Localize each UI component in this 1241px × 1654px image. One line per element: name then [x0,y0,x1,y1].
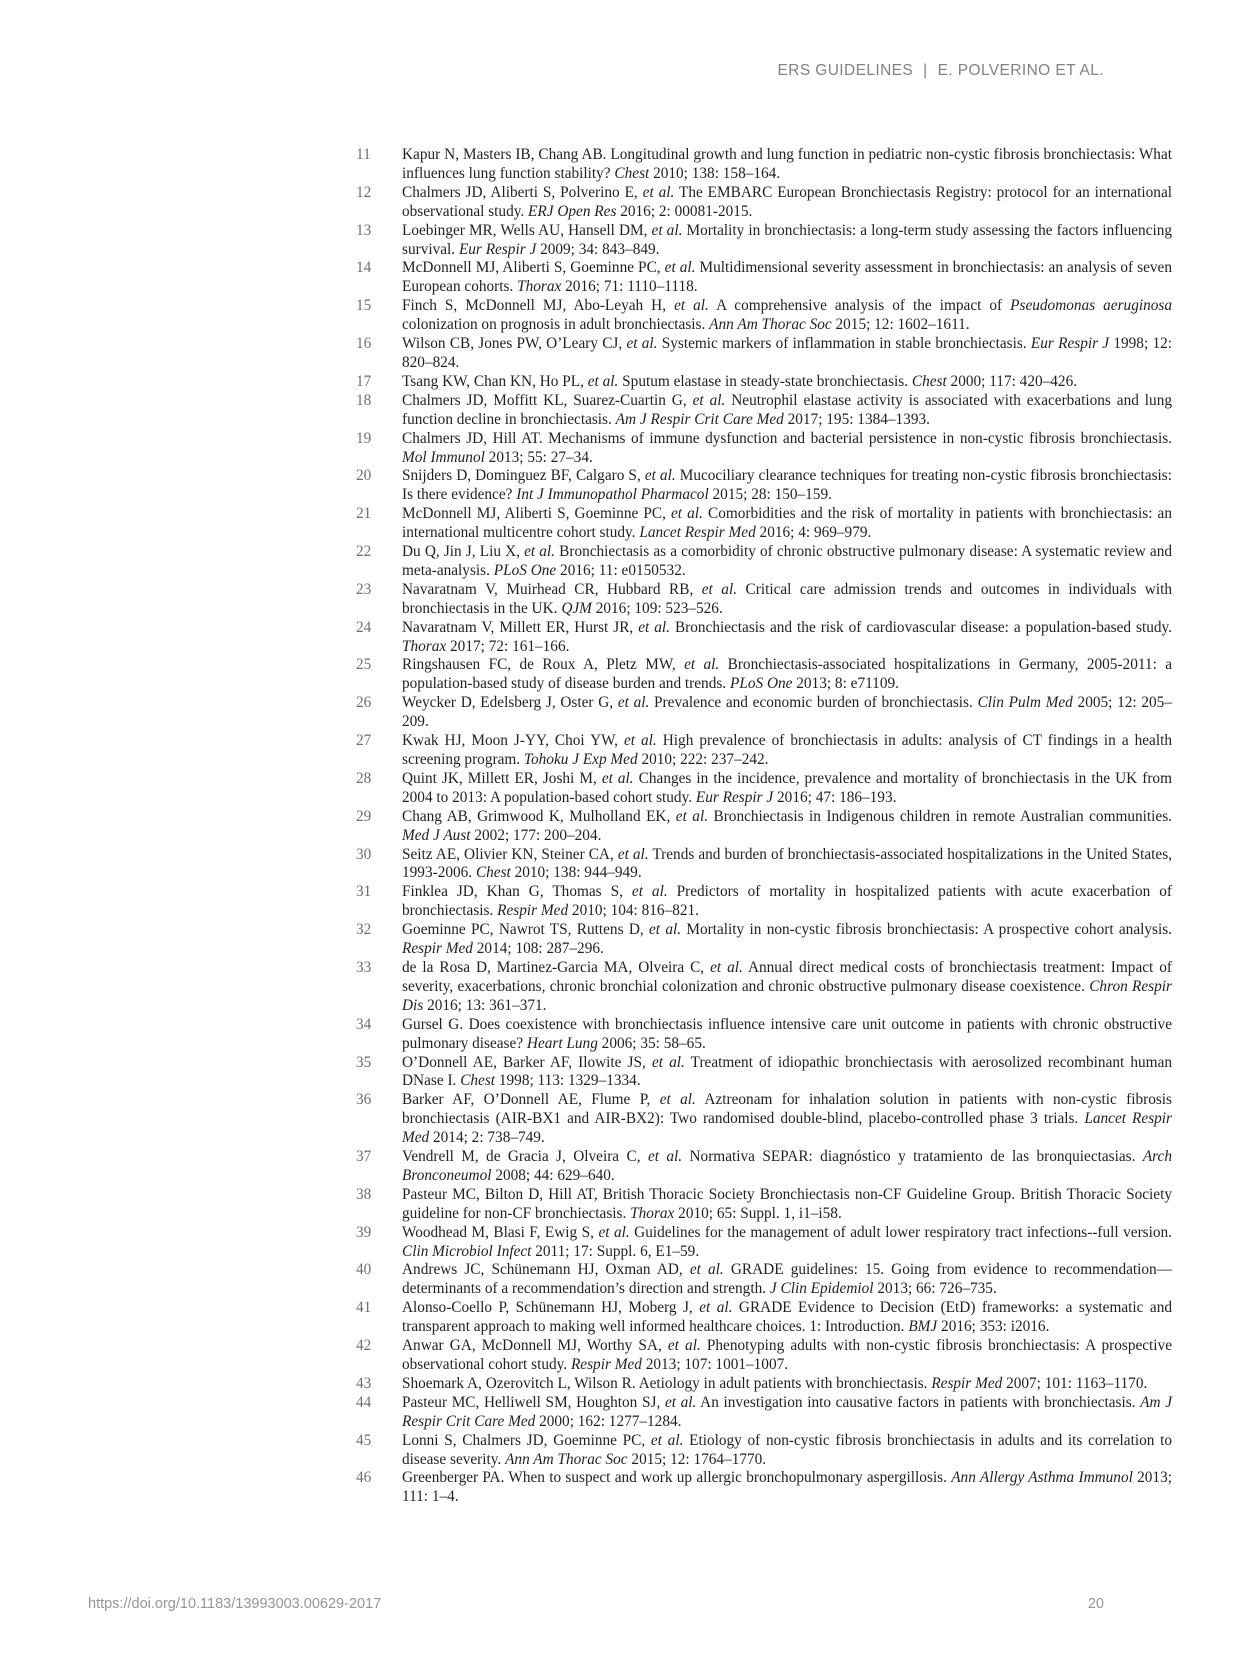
reference-item: 41 Alonso-Coello P, Schünemann HJ, Mober… [356,1299,1172,1337]
italic-citation-part: et al. [665,259,696,276]
citation-part: 2013; 66: 726–735. [874,1280,997,1297]
reference-number: 18 [356,392,402,411]
citation-part: McDonnell MJ, Aliberti S, Goeminne PC, [402,259,665,276]
reference-number: 32 [356,921,402,940]
italic-citation-part: Thorax [630,1205,674,1222]
reference-number: 27 [356,732,402,751]
citation-part: 1998; 113: 1329–1334. [495,1072,641,1089]
italic-citation-part: Chest [614,165,649,182]
italic-citation-part: et al. [651,1432,683,1449]
reference-text: Alonso-Coello P, Schünemann HJ, Moberg J… [402,1299,1172,1337]
italic-citation-part: Eur Respir J [1031,335,1109,352]
reference-number: 24 [356,619,402,638]
italic-citation-part: et al. [710,959,743,976]
italic-citation-part: Clin Pulm Med [978,694,1073,711]
page-footer: https://doi.org/10.1183/13993003.00629-2… [88,1596,1104,1612]
reference-text: Gursel G. Does coexistence with bronchie… [402,1016,1172,1054]
reference-item: 28 Quint JK, Millett ER, Joshi M, et al.… [356,770,1172,808]
italic-citation-part: Med J Aust [402,827,471,844]
reference-text: Goeminne PC, Nawrot TS, Ruttens D, et al… [402,921,1172,959]
doi-link[interactable]: https://doi.org/10.1183/13993003.00629-2… [88,1596,381,1612]
citation-part: Bronchiectasis in Indigenous children in… [708,808,1172,825]
reference-text: Finklea JD, Khan G, Thomas S, et al. Pre… [402,883,1172,921]
citation-part: Kapur N, Masters IB, Chang AB. Longitudi… [402,146,1172,182]
reference-text: Barker AF, O’Donnell AE, Flume P, et al.… [402,1091,1172,1148]
citation-part: Barker AF, O’Donnell AE, Flume P, [402,1091,660,1108]
reference-item: 16 Wilson CB, Jones PW, O’Leary CJ, et a… [356,335,1172,373]
reference-text: Pasteur MC, Bilton D, Hill AT, British T… [402,1186,1172,1224]
reference-number: 15 [356,297,402,316]
reference-text: McDonnell MJ, Aliberti S, Goeminne PC, e… [402,505,1172,543]
reference-number: 39 [356,1224,402,1243]
italic-citation-part: QJM [561,600,592,617]
reference-number: 38 [356,1186,402,1205]
italic-citation-part: Thorax [402,638,446,655]
reference-text: Loebinger MR, Wells AU, Hansell DM, et a… [402,222,1172,260]
journal-section: ERS GUIDELINES [777,62,913,79]
header-authors: E. POLVERINO ET AL. [938,62,1104,79]
reference-number: 44 [356,1394,402,1413]
reference-item: 30 Seitz AE, Olivier KN, Steiner CA, et … [356,846,1172,884]
italic-citation-part: et al. [684,656,719,673]
citation-part: Navaratnam V, Millett ER, Hurst JR, [402,619,638,636]
citation-part: 2016; 353: i2016. [937,1318,1049,1335]
citation-part: Gursel G. Does coexistence with bronchie… [402,1016,1172,1052]
citation-part: 2010; 65: Suppl. 1, i1–i58. [674,1205,841,1222]
italic-citation-part: et al. [638,619,670,636]
citation-part: Normativa SEPAR: diagnóstico y tratamien… [682,1148,1143,1165]
citation-part: 2000; 117: 420–426. [947,373,1077,390]
reference-text: Kapur N, Masters IB, Chang AB. Longitudi… [402,146,1172,184]
reference-text: Wilson CB, Jones PW, O’Leary CJ, et al. … [402,335,1172,373]
reference-number: 45 [356,1432,402,1451]
citation-part: Greenberger PA. When to suspect and work… [402,1469,951,1486]
reference-number: 26 [356,694,402,713]
reference-number: 13 [356,222,402,241]
citation-part: Alonso-Coello P, Schünemann HJ, Moberg J… [402,1299,699,1316]
italic-citation-part: et al. [649,921,681,938]
italic-citation-part: Chest [460,1072,495,1089]
citation-part: 2014; 2: 738–749. [429,1129,545,1146]
reference-number: 16 [356,335,402,354]
italic-citation-part: et al. [588,373,619,390]
italic-citation-part: PLoS One [494,562,556,579]
reference-item: 24 Navaratnam V, Millett ER, Hurst JR, e… [356,619,1172,657]
reference-number: 21 [356,505,402,524]
reference-item: 23 Navaratnam V, Muirhead CR, Hubbard RB… [356,581,1172,619]
citation-part: 2015; 12: 1764–1770. [628,1451,767,1468]
citation-part: 2016; 47: 186–193. [773,789,896,806]
citation-part: Ringshausen FC, de Roux A, Pletz MW, [402,656,684,673]
reference-text: de la Rosa D, Martinez-Garcia MA, Olveir… [402,959,1172,1016]
reference-text: Woodhead M, Blasi F, Ewig S, et al. Guid… [402,1224,1172,1262]
reference-item: 20 Snijders D, Dominguez BF, Calgaro S, … [356,467,1172,505]
citation-part: A comprehensive analysis of the impact o… [709,297,1010,314]
italic-citation-part: et al. [660,1091,696,1108]
reference-item: 25 Ringshausen FC, de Roux A, Pletz MW, … [356,656,1172,694]
reference-item: 27 Kwak HJ, Moon J-YY, Choi YW, et al. H… [356,732,1172,770]
italic-citation-part: Respir Med [931,1375,1002,1392]
reference-item: 32 Goeminne PC, Nawrot TS, Ruttens D, et… [356,921,1172,959]
citation-part: de la Rosa D, Martinez-Garcia MA, Olveir… [402,959,710,976]
citation-part: Woodhead M, Blasi F, Ewig S, [402,1224,598,1241]
italic-citation-part: et al. [665,1394,696,1411]
citation-part: 2016; 13: 361–371. [423,997,546,1014]
reference-item: 22 Du Q, Jin J, Liu X, et al. Bronchiect… [356,543,1172,581]
reference-text: O’Donnell AE, Barker AF, Ilowite JS, et … [402,1054,1172,1092]
reference-text: Pasteur MC, Helliwell SM, Houghton SJ, e… [402,1394,1172,1432]
reference-number: 20 [356,467,402,486]
citation-part: 2006; 35: 58–65. [598,1035,706,1052]
citation-part: Du Q, Jin J, Liu X, [402,543,524,560]
citation-part: Chalmers JD, Hill AT. Mechanisms of immu… [402,430,1172,447]
reference-text: Navaratnam V, Muirhead CR, Hubbard RB, e… [402,581,1172,619]
citation-part: Navaratnam V, Muirhead CR, Hubbard RB, [402,581,702,598]
reference-item: 40 Andrews JC, Schünemann HJ, Oxman AD, … [356,1261,1172,1299]
citation-part: Chang AB, Grimwood K, Mulholland EK, [402,808,676,825]
reference-number: 22 [356,543,402,562]
italic-citation-part: Respir Med [497,902,568,919]
reference-number: 34 [356,1016,402,1035]
citation-part: O’Donnell AE, Barker AF, Ilowite JS, [402,1054,652,1071]
citation-part: Finch S, McDonnell MJ, Abo-Leyah H, [402,297,674,314]
italic-citation-part: et al. [690,1261,724,1278]
reference-number: 36 [356,1091,402,1110]
citation-part: 2010; 138: 158–164. [649,165,780,182]
reference-item: 17 Tsang KW, Chan KN, Ho PL, et al. Sput… [356,373,1172,392]
italic-citation-part: et al. [524,543,555,560]
italic-citation-part: Ann Am Thorac Soc [709,316,832,333]
citation-part: Systemic markers of inflammation in stab… [657,335,1030,352]
italic-citation-part: et al. [702,581,737,598]
citation-part: Andrews JC, Schünemann HJ, Oxman AD, [402,1261,690,1278]
reference-item: 14 McDonnell MJ, Aliberti S, Goeminne PC… [356,259,1172,297]
citation-part: 2016; 4: 969–979. [756,524,872,541]
citation-part: 2007; 101: 1163–1170. [1002,1375,1147,1392]
citation-part: Pasteur MC, Helliwell SM, Houghton SJ, [402,1394,665,1411]
italic-citation-part: et al. [598,1224,629,1241]
citation-part: Prevalence and economic burden of bronch… [649,694,977,711]
reference-item: 33 de la Rosa D, Martinez-Garcia MA, Olv… [356,959,1172,1016]
running-head: ERS GUIDELINES|E. POLVERINO ET AL. [777,62,1104,80]
reference-item: 45 Lonni S, Chalmers JD, Goeminne PC, et… [356,1432,1172,1470]
reference-item: 38 Pasteur MC, Bilton D, Hill AT, Britis… [356,1186,1172,1224]
citation-part: Sputum elastase in steady-state bronchie… [618,373,912,390]
reference-number: 14 [356,259,402,278]
reference-text: Anwar GA, McDonnell MJ, Worthy SA, et al… [402,1337,1172,1375]
italic-citation-part: et al. [602,770,634,787]
reference-text: Weycker D, Edelsberg J, Oster G, et al. … [402,694,1172,732]
citation-part: An investigation into causative factors … [696,1394,1140,1411]
reference-number: 43 [356,1375,402,1394]
reference-number: 23 [356,581,402,600]
italic-citation-part: PLoS One [730,675,792,692]
citation-part: 2010; 138: 944–949. [511,864,642,881]
citation-part: 2017; 72: 161–166. [446,638,569,655]
reference-number: 41 [356,1299,402,1318]
italic-citation-part: et al. [699,1299,732,1316]
citation-part: Goeminne PC, Nawrot TS, Ruttens D, [402,921,649,938]
reference-number: 25 [356,656,402,675]
reference-item: 31 Finklea JD, Khan G, Thomas S, et al. … [356,883,1172,921]
citation-part: 2013; 107: 1001–1007. [642,1356,788,1373]
reference-text: Du Q, Jin J, Liu X, et al. Bronchiectasi… [402,543,1172,581]
italic-citation-part: et al. [624,732,657,749]
citation-part: colonization on prognosis in adult bronc… [402,316,709,333]
italic-citation-part: Am J Respir Crit Care Med [616,411,784,428]
citation-part: 2000; 162: 1277–1284. [535,1413,681,1430]
citation-part: 2010; 222: 237–242. [638,751,769,768]
italic-citation-part: Ann Allergy Asthma Immunol [951,1469,1133,1486]
reference-text: Andrews JC, Schünemann HJ, Oxman AD, et … [402,1261,1172,1299]
reference-item: 21 McDonnell MJ, Aliberti S, Goeminne PC… [356,505,1172,543]
reference-item: 37 Vendrell M, de Gracia J, Olveira C, e… [356,1148,1172,1186]
reference-item: 12 Chalmers JD, Aliberti S, Polverino E,… [356,184,1172,222]
reference-item: 44 Pasteur MC, Helliwell SM, Houghton SJ… [356,1394,1172,1432]
italic-citation-part: et al. [652,1054,685,1071]
reference-item: 19 Chalmers JD, Hill AT. Mechanisms of i… [356,430,1172,468]
reference-text: Seitz AE, Olivier KN, Steiner CA, et al.… [402,846,1172,884]
reference-text: Chalmers JD, Moffitt KL, Suarez-Cuartin … [402,392,1172,430]
citation-part: Kwak HJ, Moon J-YY, Choi YW, [402,732,624,749]
reference-item: 13 Loebinger MR, Wells AU, Hansell DM, e… [356,222,1172,260]
citation-part: 2016; 109: 523–526. [592,600,723,617]
reference-number: 29 [356,808,402,827]
citation-part: 2013; 55: 27–34. [485,449,593,466]
italic-citation-part: Respir Med [402,940,473,957]
italic-citation-part: Pseudomonas aeruginosa [1010,297,1172,314]
header-separator: | [923,62,927,79]
citation-part: 2008; 44: 629–640. [492,1167,615,1184]
citation-part: Loebinger MR, Wells AU, Hansell DM, [402,222,652,239]
reference-item: 35 O’Donnell AE, Barker AF, Ilowite JS, … [356,1054,1172,1092]
citation-part: 2011; 17: Suppl. 6, E1–59. [531,1243,699,1260]
citation-part: Chalmers JD, Moffitt KL, Suarez-Cuartin … [402,392,693,409]
citation-part: Quint JK, Millett ER, Joshi M, [402,770,602,787]
citation-part: 2016; 71: 1110–1118. [561,278,697,295]
italic-citation-part: BMJ [908,1318,937,1335]
reference-text: Chang AB, Grimwood K, Mulholland EK, et … [402,808,1172,846]
italic-citation-part: et al. [674,297,709,314]
reference-number: 42 [356,1337,402,1356]
reference-number: 40 [356,1261,402,1280]
citation-part: 2010; 104: 816–821. [568,902,699,919]
reference-text: Navaratnam V, Millett ER, Hurst JR, et a… [402,619,1172,657]
italic-citation-part: J Clin Epidemiol [770,1280,874,1297]
reference-text: Lonni S, Chalmers JD, Goeminne PC, et al… [402,1432,1172,1470]
reference-item: 36 Barker AF, O’Donnell AE, Flume P, et … [356,1091,1172,1148]
italic-citation-part: Heart Lung [527,1035,598,1052]
italic-citation-part: Tohoku J Exp Med [524,751,638,768]
italic-citation-part: Respir Med [571,1356,642,1373]
reference-item: 18 Chalmers JD, Moffitt KL, Suarez-Cuart… [356,392,1172,430]
italic-citation-part: Thorax [517,278,561,295]
reference-number: 35 [356,1054,402,1073]
reference-number: 46 [356,1469,402,1488]
reference-number: 28 [356,770,402,789]
italic-citation-part: Ann Am Thorac Soc [505,1451,628,1468]
page-number: 20 [1088,1596,1104,1612]
italic-citation-part: et al. [676,808,708,825]
reference-number: 33 [356,959,402,978]
reference-text: Quint JK, Millett ER, Joshi M, et al. Ch… [402,770,1172,808]
reference-item: 43 Shoemark A, Ozerovitch L, Wilson R. A… [356,1375,1172,1394]
italic-citation-part: et al. [645,467,676,484]
reference-item: 46 Greenberger PA. When to suspect and w… [356,1469,1172,1507]
citation-part: 2015; 12: 1602–1611. [832,316,970,333]
italic-citation-part: Eur Respir J [459,241,536,258]
reference-number: 31 [356,883,402,902]
citation-part: Wilson CB, Jones PW, O’Leary CJ, [402,335,626,352]
reference-item: 34 Gursel G. Does coexistence with bronc… [356,1016,1172,1054]
reference-list: 11 Kapur N, Masters IB, Chang AB. Longit… [356,146,1172,1507]
reference-number: 30 [356,846,402,865]
citation-part: Lonni S, Chalmers JD, Goeminne PC, [402,1432,651,1449]
italic-citation-part: Eur Respir J [696,789,773,806]
italic-citation-part: Chest [912,373,947,390]
citation-part: Shoemark A, Ozerovitch L, Wilson R. Aeti… [402,1375,931,1392]
citation-part: Anwar GA, McDonnell MJ, Worthy SA, [402,1337,668,1354]
citation-part: Vendrell M, de Gracia J, Olveira C, [402,1148,648,1165]
italic-citation-part: et al. [632,883,668,900]
reference-text: Ringshausen FC, de Roux A, Pletz MW, et … [402,656,1172,694]
reference-item: 42 Anwar GA, McDonnell MJ, Worthy SA, et… [356,1337,1172,1375]
reference-text: Chalmers JD, Aliberti S, Polverino E, et… [402,184,1172,222]
reference-number: 37 [356,1148,402,1167]
citation-part: Bronchiectasis and the risk of cardiovas… [670,619,1172,636]
citation-part: 2014; 108: 287–296. [473,940,604,957]
citation-part: 2015; 28: 150–159. [709,486,832,503]
italic-citation-part: et al. [693,392,726,409]
italic-citation-part: Clin Microbiol Infect [402,1243,531,1260]
reference-text: Snijders D, Dominguez BF, Calgaro S, et … [402,467,1172,505]
reference-number: 12 [356,184,402,203]
italic-citation-part: et al. [668,1337,701,1354]
reference-number: 19 [356,430,402,449]
reference-text: Chalmers JD, Hill AT. Mechanisms of immu… [402,430,1172,468]
reference-text: Kwak HJ, Moon J-YY, Choi YW, et al. High… [402,732,1172,770]
reference-item: 39 Woodhead M, Blasi F, Ewig S, et al. G… [356,1224,1172,1262]
italic-citation-part: Mol Immunol [402,449,485,466]
reference-number: 17 [356,373,402,392]
italic-citation-part: et al. [643,184,675,201]
reference-text: Shoemark A, Ozerovitch L, Wilson R. Aeti… [402,1375,1172,1394]
italic-citation-part: et al. [652,222,683,239]
citation-part: 2013; 8: e71109. [792,675,899,692]
citation-part: Guidelines for the management of adult l… [630,1224,1172,1241]
reference-text: Finch S, McDonnell MJ, Abo-Leyah H, et a… [402,297,1172,335]
reference-item: 15 Finch S, McDonnell MJ, Abo-Leyah H, e… [356,297,1172,335]
reference-item: 29 Chang AB, Grimwood K, Mulholland EK, … [356,808,1172,846]
italic-citation-part: et al. [618,846,649,863]
reference-text: Tsang KW, Chan KN, Ho PL, et al. Sputum … [402,373,1172,392]
italic-citation-part: Int J Immunopathol Pharmacol [516,486,708,503]
citation-part: Chalmers JD, Aliberti S, Polverino E, [402,184,643,201]
citation-part: Seitz AE, Olivier KN, Steiner CA, [402,846,618,863]
citation-part: Tsang KW, Chan KN, Ho PL, [402,373,588,390]
citation-part: McDonnell MJ, Aliberti S, Goeminne PC, [402,505,671,522]
italic-citation-part: et al. [618,694,649,711]
citation-part: Mortality in non-cystic fibrosis bronchi… [681,921,1172,938]
citation-part: 2016; 11: e0150532. [556,562,685,579]
citation-part: 2009; 34: 843–849. [536,241,659,258]
reference-item: 26 Weycker D, Edelsberg J, Oster G, et a… [356,694,1172,732]
citation-part: Snijders D, Dominguez BF, Calgaro S, [402,467,645,484]
citation-part: 2002; 177: 200–204. [471,827,602,844]
reference-number: 11 [356,146,402,165]
reference-text: Vendrell M, de Gracia J, Olveira C, et a… [402,1148,1172,1186]
citation-part: Finklea JD, Khan G, Thomas S, [402,883,632,900]
italic-citation-part: et al. [648,1148,682,1165]
italic-citation-part: Chest [476,864,511,881]
italic-citation-part: ERJ Open Res [528,203,616,220]
reference-text: McDonnell MJ, Aliberti S, Goeminne PC, e… [402,259,1172,297]
citation-part: 2016; 2: 00081-2015. [616,203,752,220]
reference-item: 11 Kapur N, Masters IB, Chang AB. Longit… [356,146,1172,184]
reference-text: Greenberger PA. When to suspect and work… [402,1469,1172,1507]
italic-citation-part: et al. [626,335,657,352]
italic-citation-part: Lancet Respir Med [639,524,755,541]
citation-part: 2017; 195: 1384–1393. [784,411,930,428]
citation-part: Weycker D, Edelsberg J, Oster G, [402,694,618,711]
italic-citation-part: et al. [671,505,703,522]
